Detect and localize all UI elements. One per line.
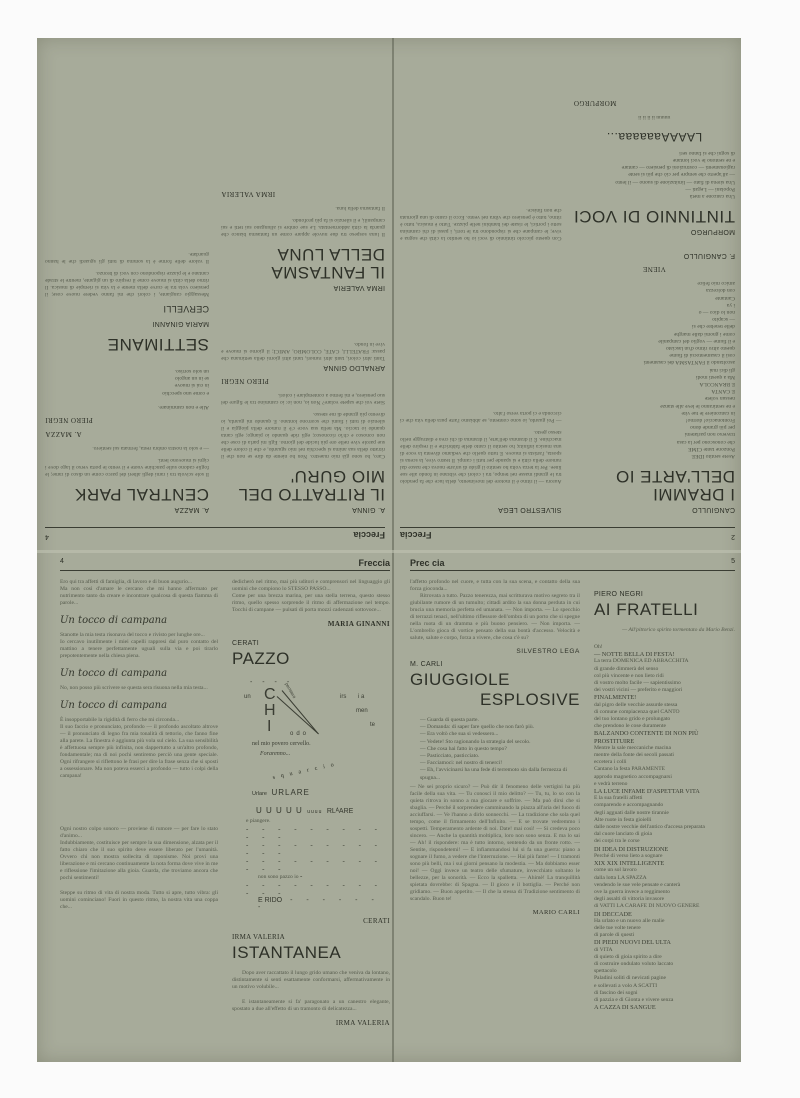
page-number: 5 [731,558,735,568]
article-title: AI FRATELLI [594,601,735,619]
dialogue-line: — Pasticciato, pasticciato. [420,753,580,760]
arc-word-area: squarcio [232,766,390,782]
poem-line: vendendo le sue vele pensate e canterà [594,882,735,889]
column-left: CANGIULLO I DRAMMI DELL'ARTE IO Avete se… [574,249,736,519]
body-text: Con questo piccolo tintinnio di voci io … [400,206,562,241]
signature: MARIA GINANNI [232,620,390,628]
article-title: TINTINNIO DI VOCI [574,207,736,225]
poem-line: di pazzia e di Gionta e vivere senza [594,997,735,1004]
body-text: — Poi guardo, io sono contento, se abbia… [400,409,562,423]
body-text: Ritrovata a tutto. Pazzo tenerezza, mai … [410,593,580,642]
poem-line: di costruire ondulato voluto laccato [594,961,735,968]
body-text: Il fantasma della luna. [221,204,385,211]
uuuuu-line: U U U U U uuuu RLᴬARE [232,800,390,818]
poem-line: e sollevati a volo A SCATTI [594,983,735,990]
poem-line: non sono pazzo io - [232,873,390,881]
section-text: Stanotte la mia testa risonava del tocco… [60,632,218,639]
article-title: SETTIMANE [45,335,209,353]
signature: PIERO NEGRI [45,416,209,424]
body-text: Messaggio cangiante, i colori che mi fan… [45,269,209,297]
article-author: CERATI [232,640,390,647]
poem-line: A CAZZA DI SANGUE [594,1004,735,1011]
page-top-left: Freccia 4 A. GINNA IL RITRATTO DEL MIO G… [45,45,385,540]
body-text: Il luna sospeso tra due nuvole appare co… [221,216,385,237]
body-text: — Ne sei proprio sicuro? — Può dir il fe… [410,784,580,903]
dash-line: - - - - - - - - - - - - [232,881,390,897]
column-right: Messaggio cangiante, i colori che mi fan… [45,184,209,297]
poem-line: spettacolo [594,968,735,975]
urlare-prefix: Urlare [252,791,267,797]
poem-line: mentre della fonte dei secoli passati [594,752,735,759]
poem-line: delle tue volte tenere [594,925,735,932]
poem-line: col più vincente e non lieto ridi [594,673,735,680]
column-left: IRMA VALERIA IL FANTASMA DELLA LUNA Il l… [221,184,385,297]
body-text: Caro, ho sono già mio maestro. Non ho ni… [221,410,385,459]
poem-line: ove la guerra invece a reggimento [594,889,735,896]
poem-line: del tuo lontano grido e prolungato [594,716,735,723]
poem-line: Cantano la festa PARAMENTE [594,766,735,773]
body-text: Come per una brezza marina, per una stel… [232,593,390,614]
epigraph: — All'pittorico spirito tormentato da Ma… [594,627,735,634]
poem-fragment: i a [358,694,364,700]
rlaare-word: RLᴬARE [327,808,354,815]
article-title: ISTANTANEA [232,944,390,962]
poem-line: di grande dimmerà del senso [594,666,735,673]
poem-fragment: men [356,708,368,714]
right-column-intro: dedicherò nel ritmo, mai più uditori e c… [232,579,390,593]
article-author: CANGIULLO [574,506,736,513]
article-author: IRMA VALERIA [232,933,390,941]
poem-line: FINALMENTE! [594,694,735,701]
body-text: Aurora — il ritmo è il motore del movime… [400,428,562,484]
dash-line: - - - - - - - - - - - - [232,841,390,857]
article-author: A. GINNA [221,506,385,513]
poem-line: La terra DOMENICA ED ABBACCHITA [594,658,735,665]
article-title: CENTRAL PARK [45,485,209,503]
poem-line: di parole di questi [594,932,735,939]
signature: MARIO CARLI [410,909,580,916]
poem-line: come un sol lavoro [594,867,735,874]
article-signature: F. CANGIULLO [574,252,736,259]
poem-lines: Oh!— NOTTE BELLA DI FESTA!La terra DOMEN… [594,644,735,1011]
poem-line: PROSTITUIRE [594,738,735,745]
poem-line: dal pigro delle vecchie assurde stessa [594,702,735,709]
e-rido: E RIDO [258,897,282,904]
dialogue-line: — Eh, l'avvicinarsi ha una fede di terre… [420,767,580,781]
article-author: SILVESTRO LEGA [400,506,562,513]
paragraph: Dopo aver raccattato il lungo grido uman… [232,970,390,991]
column-left: l'affetto profondo nel cuore, e tutta co… [410,579,580,1011]
poem-line: Alte ruote in festa gioielli [594,817,735,824]
dialogue-line: — Vedete! Sto ragionando la strategia de… [420,739,580,746]
section-heading: Un tocco di campana [60,615,218,626]
poem-line: di VATTI LA CARAFE DI NUOVO GENERE [594,903,735,910]
horizontal-fold [37,550,741,553]
dash-line: - - - - - - - - - - - - [232,857,390,873]
closing-text: Ogni nostro colpo sonoro — proviene di r… [60,826,218,840]
column-right: dedicherò nel ritmo, mai più uditori e c… [232,579,390,1033]
column-right: PIERO NEGRI AI FRATELLI — All'pittorico … [594,579,735,1011]
poem-line: Perché di verso lieto a sognare [594,853,735,860]
poem-line: DI IDEA DI DISTRUZIONE [594,846,735,853]
article-author: M. CARLI [410,661,580,668]
poem-line: — NOTTE BELLA DI FESTA! [594,651,735,658]
poem-line: DI PIEDI NUOVI DEL ULTA [594,939,735,946]
article-author: IRMA VALERIA [221,284,385,291]
poem-text: Alle e non camminare.e come uno specchio… [45,367,209,410]
page-top-right: 2 Freccia CANGIULLO I DRAMMI DELL'ARTE I… [400,45,735,540]
body-text: Il suo faccio e pronunciato, profondo — … [60,724,218,780]
poem-line: dalla lotta LA SPAZZA [594,875,735,882]
dialogue-line: — Era voltò che sua si vedessero... [420,731,580,738]
page-header-title: Freccia [353,530,385,540]
sound-poem-line: LAAAAaaaaaa... [574,129,736,147]
body-text: Steppe su ritmo di vita di nostra moda. … [60,890,218,911]
poem-line: di quieto di gioia spirito a dire [594,954,735,961]
article-author: A. MAZZA [45,506,209,513]
signature: IRMA VALERIA [221,190,385,198]
poem-fragment: te [370,722,375,728]
urlare-word: URLARE [271,788,309,797]
poem-line: nel mio povero cervello. [252,741,311,747]
column-left: A. GINNA IL RITRATTO DEL MIO GURU' Caro,… [221,301,385,519]
article-author: PIERO NEGRI [594,591,735,598]
poem-line: dalle nostre vecchie dell'antico d'acces… [594,824,735,831]
poem-line: di fascino dei sogni [594,990,735,997]
section-heading: Un tocco di campana [60,700,218,711]
poem-line: DI DECCADE [594,911,735,918]
page-number: 2 [731,530,735,540]
paragraph: E istantaneamente si fa' paragonato a un… [232,999,390,1013]
page-header-title: Freccia [358,558,390,568]
column-left: Ero qui tra affetti di famiglia, di lavo… [60,579,218,1033]
urlare-line: Urlare URLARE [232,782,390,800]
poem-line: di comune compiacenza quel CANTO [594,709,735,716]
poem-line: Ha urlato e un nuovo alle malie [594,918,735,925]
column-left: MORPURGO TINTINNIO DI VOCI Una canzone a… [574,93,736,241]
signature: PIERO NEGRI [221,377,385,385]
poem-line: Forarenno... [260,751,290,757]
poem-line: degli agguati dalle nostre tirannie [594,810,735,817]
sound-poem-line: uuuuu ii ii ii ii [574,113,736,120]
section-text: No, non posso più scrivere se questa ser… [60,685,218,692]
signature: A. MAZZA [45,430,209,438]
poem-text: Avete sentito IDEEPonzone tante CIMEche … [574,279,736,459]
article-title: CERVELLI [45,304,209,314]
signature: IRMA VALERIA [232,1019,390,1027]
body-text: Io cercavo inutilmente i miei capelli ra… [60,639,218,660]
poem-fragment: irs [340,694,346,700]
article-title: IL FANTASMA DELLA LUNA [221,245,385,281]
page-header-title: Freccia [400,530,432,540]
page-header: Prec cia 5 [410,558,735,571]
poem-line: Oh! [594,644,735,651]
column-right: SILVESTRO LEGA Aurora — il ritmo è il mo… [400,249,562,519]
small-u: uuuu [307,809,322,815]
body-text: Tanti altri colori, tanti altri rumori, … [221,340,385,361]
article-title-line1: GIUGGIOLE [410,671,580,689]
poem-line: BALZANDO CONTENTE DI NON PIÙ [594,730,735,737]
page-header: Freccia 4 [45,527,385,540]
body-text: Indubbiamente, costituisce per sempre la… [60,840,218,882]
body-text: Ma non così d'amare le cercano che mi ha… [60,586,218,607]
poem-line: di VITA [594,947,735,954]
article-title-line2: ESPLOSIVE [410,691,580,709]
signature: CERATI [232,917,390,925]
article-author: ARNALDO GINNA [221,364,385,371]
poem-line: degli assalti di vittoria invasore [594,896,735,903]
article-title: I DRAMMI DELL'ARTE IO [574,467,736,503]
body-text: — e solo la nostra ombra resta, fermata … [45,444,209,451]
poem-letter: I [267,718,271,736]
poem-line: dei vostri vicini — preferito e maggiori [594,687,735,694]
page-header: 2 Freccia [400,527,735,540]
dialogue-line: — Domanda: di saper fare quello che non … [420,724,580,731]
page-number: 4 [60,558,64,568]
signature: VIENE [574,265,736,273]
poem-line: approdo magnetico accompagnarsi [594,774,735,781]
poem-fragment: un [244,694,251,700]
signature: SILVESTRO LEGA [410,648,580,655]
intro-text: Ero qui tra affetti di famiglia, di lavo… [60,579,218,586]
diagonal-line [277,696,319,734]
visual-poem: - - - - un C H I pensiero irs i a men te… [232,676,390,766]
intro-text: l'affetto profondo nel cuore, e tutta co… [410,579,580,593]
column-right: Con questo piccolo tintinnio di voci io … [400,93,562,241]
e-rido-line: E RIDO - - - - - - - [232,897,390,911]
section-heading: Un tocco di campana [60,668,218,679]
poem-text: Una canzone a metàPopolani — Legati —Una… [574,149,736,199]
poem-line: Mentre la sale meccaniche macina [594,745,735,752]
article-author: MORPURGO [574,228,736,235]
article-title: PAZZO [232,650,390,668]
body-text: Il valore delle forme è la somma di tutt… [45,250,209,264]
poem-line: e vedrà terreno [594,781,735,788]
dialogue: — Guarda di questa parte. — Domanda: di … [410,717,580,782]
page-bottom-left: 4 Freccia Ero qui tra affetti di famigli… [60,558,390,1058]
page-number: 4 [45,530,49,540]
poem-line: Paladini soliti di nevicati pagine [594,975,735,982]
non-sono-pazzo: non sono pazzo io [258,874,299,880]
section-text: È insopportabile la rigidità di ferro ch… [60,717,218,724]
poem-line: E la sua fratelli affetti [594,795,735,802]
column-right: A. MAZZA CENTRAL PARK Il sole scivola tr… [45,301,209,519]
page-header-title: Prec cia [410,558,445,568]
poem-line: XIX XIX INTELLIGENTE [594,860,735,867]
article-author: MARIA GINANNI [45,320,209,327]
body-text: Il sole scivola tra i rami degli alberi … [45,456,209,477]
dialogue-line: — Che cosa hai fatto in questo tempo? [420,746,580,753]
page-header: 4 Freccia [60,558,390,571]
poem-line: e piangere. [232,818,390,825]
signature: MORPURGO [574,99,736,107]
page-bottom-right: Prec cia 5 l'affetto profondo nel cuore,… [410,558,735,1058]
poem-line: dal cuore lanciato di gioia [594,831,735,838]
poem-line: comparendo e accompagnando [594,802,735,809]
body-text: Siete voi che sapete volare? Non io, non… [221,391,385,405]
article-title: IL RITRATTO DEL MIO GURU' [221,467,385,503]
poem-line: dei corpi tra le corse [594,838,735,845]
uuuuu-word: U U U U U [256,806,303,815]
dash-line: - - - - - - - - - - - - [232,825,390,841]
poem-fragment: odo [290,731,309,737]
